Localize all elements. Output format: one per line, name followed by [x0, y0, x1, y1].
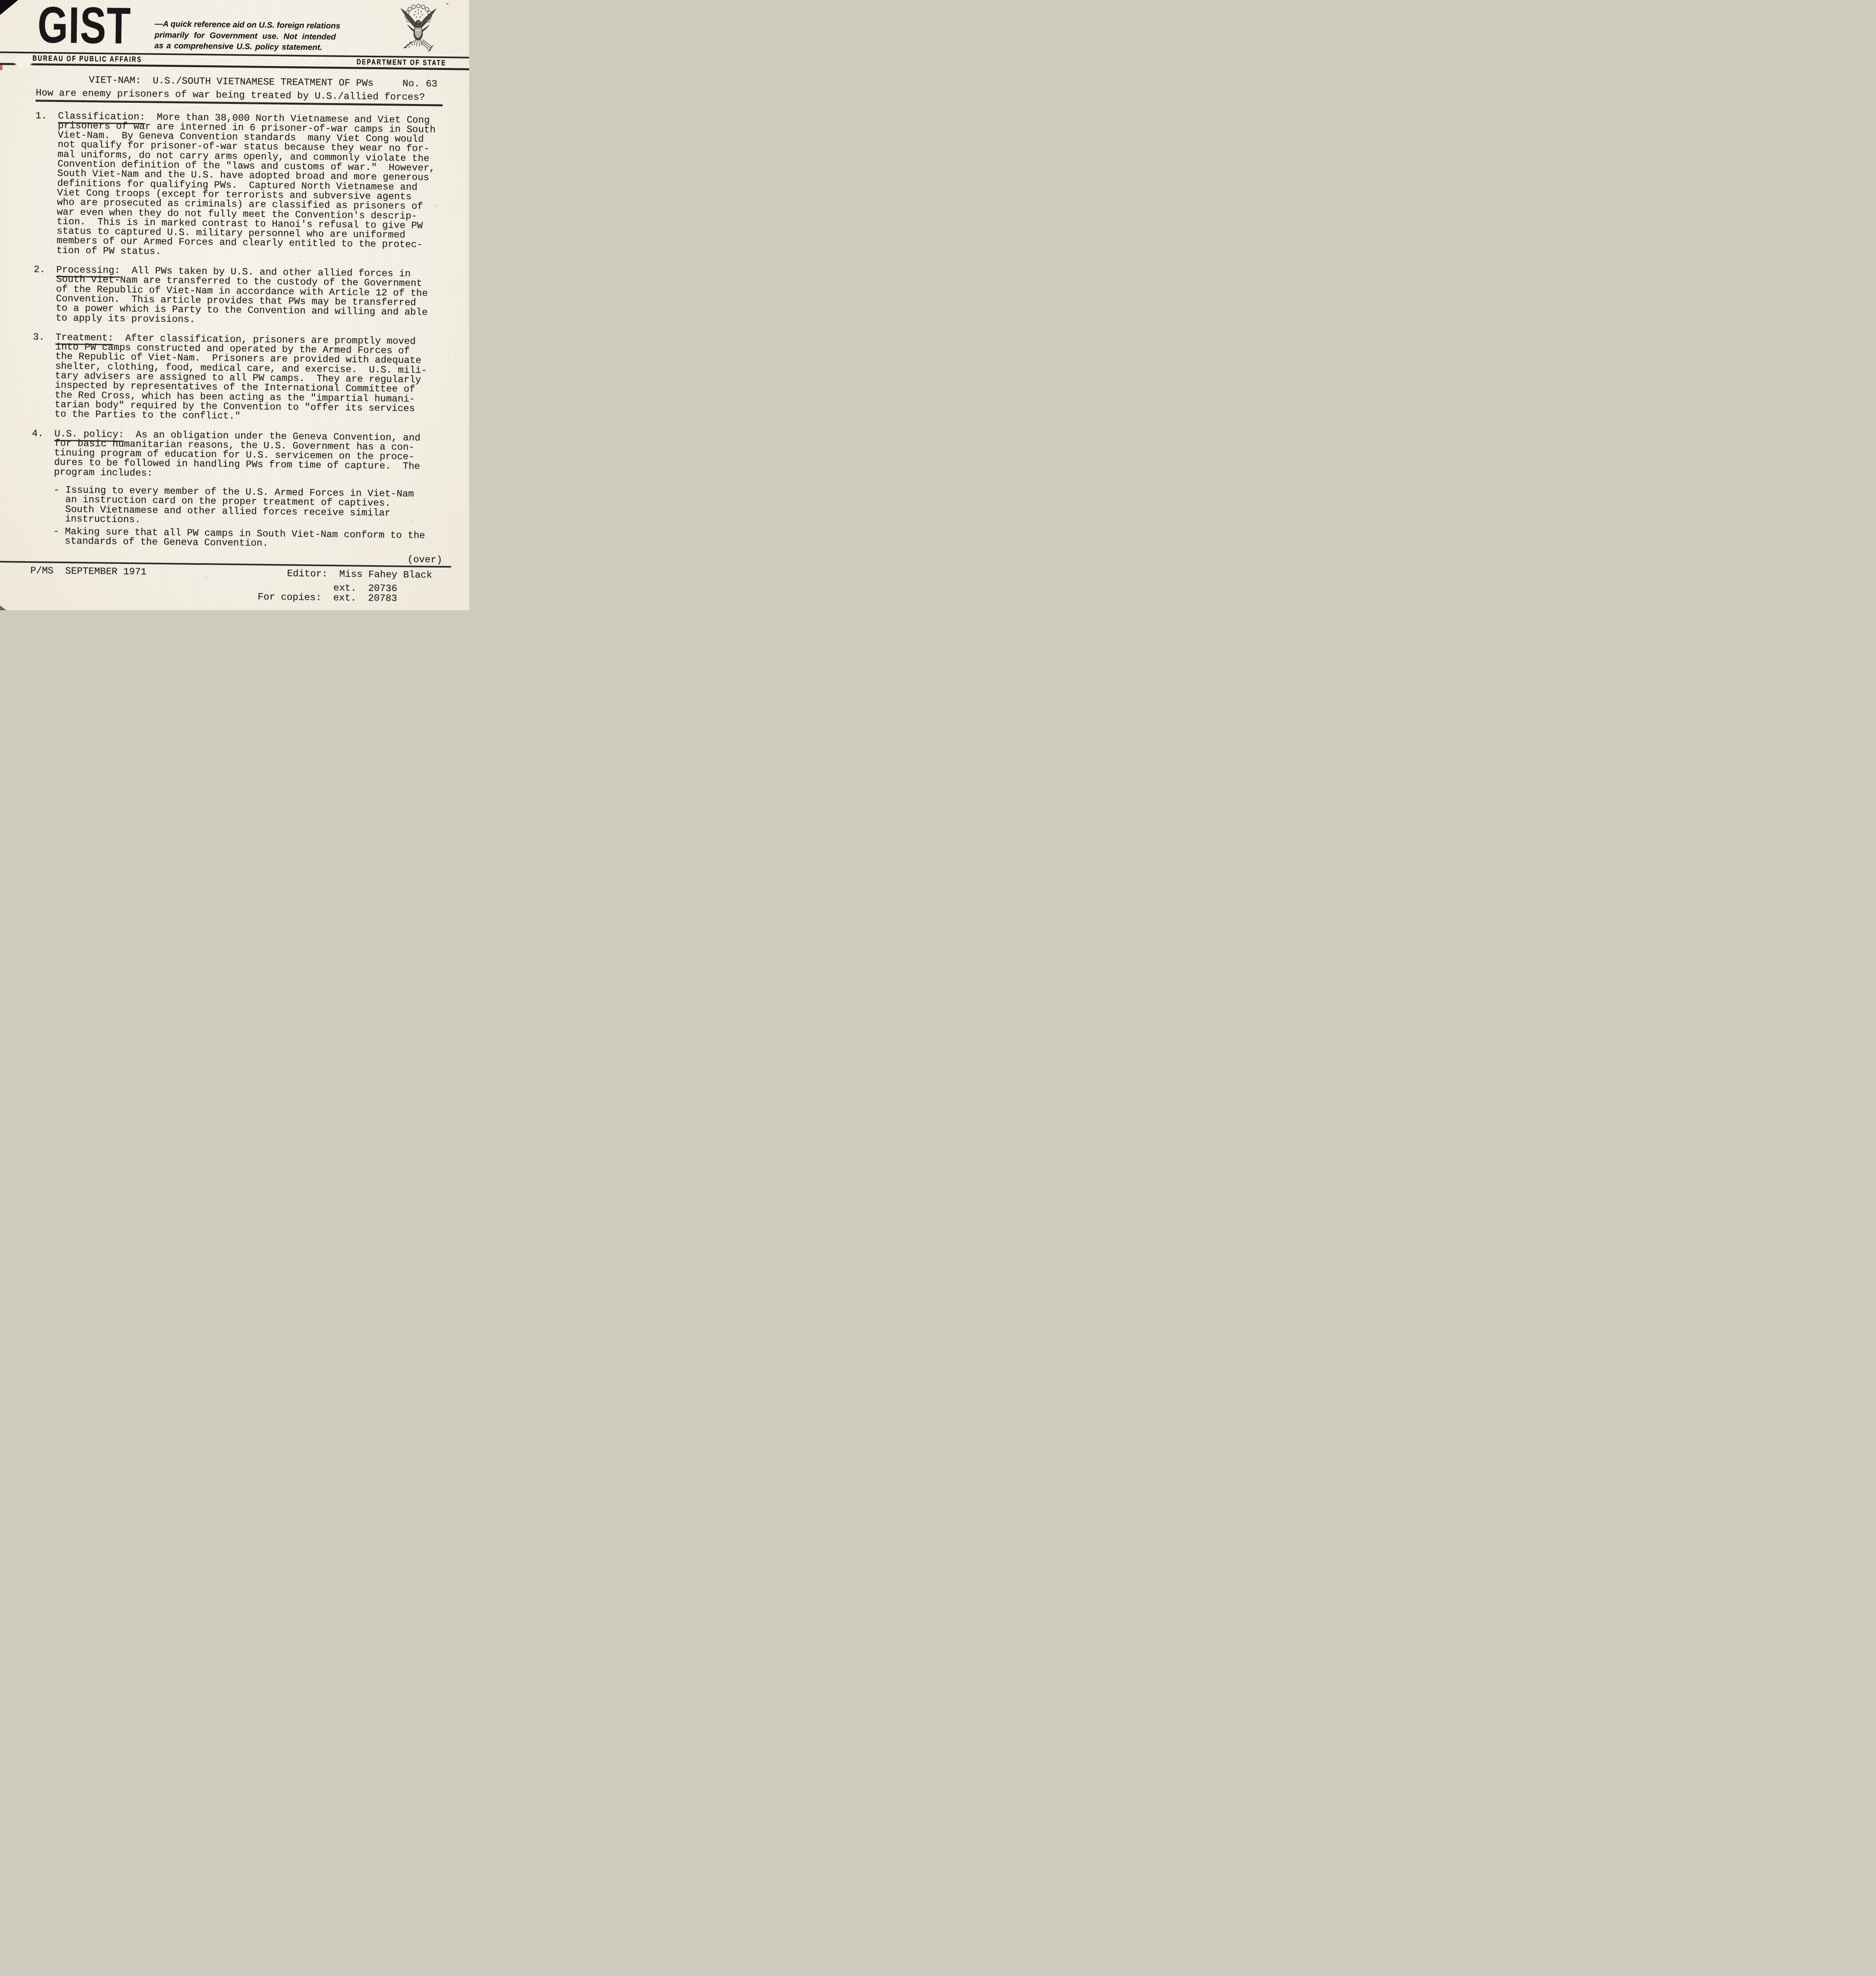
letterhead: GIST —A quick reference aid on U.S. fore… — [0, 0, 469, 57]
document-number: No. 63 — [402, 79, 437, 89]
great-seal-eagle-icon — [394, 3, 442, 63]
footer-row: P/MS SEPTEMBER 1971 Editor: Miss Fahey B… — [0, 566, 463, 610]
paragraph: 1.Classification: More than 38,000 North… — [34, 111, 447, 260]
seal-arrows — [421, 40, 434, 51]
punch-hole-artifact — [15, 57, 31, 67]
question-heading: How are enemy prisoners of war being tre… — [36, 89, 443, 106]
paragraph-text: Treatment: After classification, prisone… — [55, 333, 445, 424]
seal-stars — [414, 9, 423, 18]
paragraph: 3.Treatment: After classification, priso… — [32, 333, 445, 424]
footer-line: For copies: ext. 20783 — [258, 592, 432, 604]
paper-specks — [0, 0, 1, 1]
bullet-item: - Making sure that all PW camps in South… — [53, 527, 442, 551]
bullet-list: - Issuing to every member of the U.S. Ar… — [30, 485, 443, 551]
paragraph-text: Processing: All PWs taken by U.S. and ot… — [56, 266, 446, 328]
tagline: —A quick reference aid on U.S. foreign r… — [155, 19, 371, 54]
paragraph-list: 1.Classification: More than 38,000 North… — [31, 111, 447, 482]
paragraph-text: Classification: More than 38,000 North V… — [57, 112, 447, 260]
red-mark-artifact — [0, 65, 2, 70]
paragraph-number: 3. — [33, 333, 45, 343]
paragraph: 2.Processing: All PWs taken by U.S. and … — [33, 265, 446, 328]
bureau-label: BUREAU OF PUBLIC AFFAIRS — [32, 55, 142, 63]
gist-logo: GIST — [38, 0, 132, 51]
seal-shield — [414, 27, 422, 40]
tagline-line: as a comprehensive U.S. policy statement… — [155, 40, 371, 54]
bullet-item: - Issuing to every member of the U.S. Ar… — [53, 486, 443, 528]
document-content: GIST —A quick reference aid on U.S. fore… — [0, 0, 469, 610]
paragraph-number: 2. — [34, 265, 45, 275]
paragraph-number: 1. — [35, 111, 47, 121]
paragraph-text: U.S. policy: As an obligation under the … — [54, 429, 443, 482]
footer: P/MS SEPTEMBER 1971 Editor: Miss Fahey B… — [0, 561, 463, 610]
scanned-document-page: GIST —A quick reference aid on U.S. fore… — [0, 0, 469, 610]
red-speck-artifact — [446, 3, 449, 4]
footer-line: Editor: Miss Fahey Black — [258, 569, 432, 581]
department-label: DEPARTMENT OF STATE — [356, 58, 446, 67]
typed-body: VIET-NAM: U.S./SOUTH VIETNAMESE TREATMEN… — [30, 75, 448, 565]
seal-olive-branch — [403, 41, 415, 49]
footer-editor-block: Editor: Miss Fahey Black ext. 20736For c… — [258, 569, 432, 604]
paragraph: 4.U.S. policy: As an obligation under th… — [31, 429, 443, 482]
paragraph-number: 4. — [32, 429, 43, 439]
